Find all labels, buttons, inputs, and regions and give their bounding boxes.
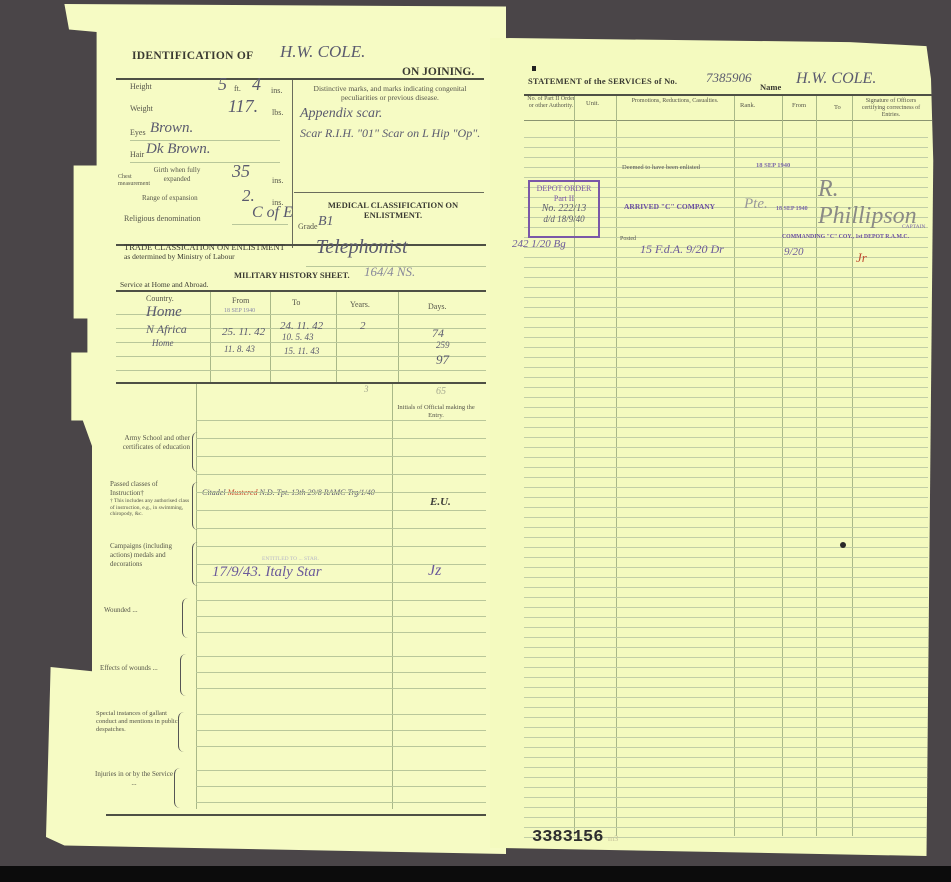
serial-number: 3383156 — [532, 828, 603, 847]
row1-country: Home — [146, 304, 182, 321]
brace-icon — [174, 768, 181, 808]
ruled-line — [196, 656, 486, 657]
military-history-ref: 164/4 NS. — [364, 264, 415, 280]
col-header-from: From — [232, 296, 249, 305]
col-header-country: Country. — [146, 294, 174, 303]
chest-label: Chest measurement — [118, 174, 132, 188]
hair-value: Dk Brown. — [146, 141, 210, 158]
ruled-line — [196, 510, 486, 511]
trade-value: Telephonist — [316, 236, 408, 259]
row1-days: 74 — [432, 326, 444, 341]
row2-to: 10. 5. 43 — [282, 332, 314, 342]
ruled-line — [196, 714, 486, 715]
ruled-line — [196, 420, 486, 421]
trade-label-line2: as determined by Ministry of Labour — [124, 252, 235, 261]
ruled-line — [196, 632, 486, 633]
row2-days: 259 — [436, 340, 450, 350]
ruled-line — [196, 546, 486, 547]
range-label: Range of expansion — [142, 194, 198, 202]
divider — [292, 80, 293, 248]
identification-title-prefix: IDENTIFICATION OF — [132, 50, 254, 62]
row3-to: 15. 11. 43 — [284, 346, 319, 356]
section-effects-label: Effects of wounds ... — [100, 664, 158, 672]
ruled-line — [196, 616, 486, 617]
section-wounded-label: Wounded ... — [104, 606, 138, 614]
ruled-line — [196, 456, 486, 457]
initials-header: Initials of Official making the Entry. — [396, 404, 476, 420]
divider — [116, 290, 486, 292]
col-header-days: Days. — [428, 302, 446, 311]
total-days: 65 — [436, 386, 446, 397]
marks-label: Distinctive marks, and marks indicating … — [300, 84, 480, 102]
ruled-line — [196, 528, 486, 529]
col-header-from: From — [792, 102, 806, 109]
row2-signature: Jr — [856, 250, 867, 266]
ruled-line — [196, 746, 486, 747]
ruled-line — [196, 786, 486, 787]
section-campaigns-stamp: ENTITLED TO ... STAR. — [262, 556, 319, 562]
section-campaigns-entry: 17/9/43. Italy Star — [212, 564, 322, 581]
divider — [524, 120, 932, 121]
ruled-line — [196, 582, 486, 583]
brace-icon — [182, 598, 189, 638]
row1-to: 24. 11. 42 — [280, 320, 323, 332]
ink-blot — [840, 542, 846, 548]
statement-title-prefix: STATEMENT of the SERVICES of No. — [528, 76, 677, 86]
religion-value: C of E — [252, 204, 293, 222]
section-campaigns-label: Campaigns (including actions) medals and… — [110, 542, 190, 569]
girth-unit: ins. — [272, 176, 283, 185]
section-education-label: Army School and other certificates of ed… — [110, 434, 190, 452]
eyes-value: Brown. — [150, 120, 193, 137]
statement-number: 7385906 — [706, 70, 752, 86]
marks-line1: Appendix scar. — [300, 106, 382, 122]
bullet-mark — [532, 66, 536, 71]
eyes-label: Eyes — [130, 128, 146, 137]
ruled-line — [196, 770, 486, 771]
divider — [116, 78, 484, 80]
range-value: 2. — [242, 186, 255, 206]
section-classes-label: Passed classes of Instruction† — [110, 480, 190, 498]
ruled-line — [196, 730, 486, 731]
height-in-value: 4 — [252, 74, 261, 95]
row3-days: 97 — [436, 352, 449, 368]
row2-from: 9/20 — [784, 246, 804, 258]
row2-authority: 242 1/20 Bg — [512, 238, 566, 250]
col-header-to: To — [834, 104, 841, 111]
trade-label-line1: TRADE CLASSICATION ON ENLISTMENT — [124, 242, 285, 252]
divider — [524, 94, 932, 96]
section-classes-note: † This includes any authorised class of … — [110, 498, 192, 518]
identification-name: H.W. COLE. — [280, 42, 365, 62]
row1-years: 2 — [360, 320, 366, 332]
section-injuries-label: Injuries in or by the Service ... — [92, 770, 176, 788]
enlisted-text: Deemed to have been enlisted — [622, 164, 700, 171]
height-label: Height — [130, 82, 152, 91]
divider — [116, 356, 486, 357]
religion-label: Religious denomination — [124, 214, 201, 223]
commanding-stamp: COMMANDING "C" COY., 1st DEPOT R.A.M.C. — [782, 234, 909, 240]
ruled-line — [196, 600, 486, 601]
col-header-signature: Signature of Officers certifying correct… — [856, 98, 926, 119]
row2-country: N Africa — [146, 322, 187, 337]
stamp-number: No. 222/13 — [532, 204, 596, 214]
brace-icon — [192, 482, 199, 530]
brace-icon — [180, 654, 187, 696]
from-date: 18 SEP 1940 — [776, 206, 808, 212]
divider — [232, 224, 288, 225]
girth-value: 35 — [232, 161, 250, 182]
left-page: IDENTIFICATION OF H.W. COLE. ON JOINING.… — [46, 4, 506, 854]
enlisted-date: 18 SEP 1940 — [756, 162, 790, 169]
row1-from: 18 SEP 1940 — [224, 308, 255, 314]
hair-label: Hair — [130, 150, 144, 159]
ruled-line — [196, 564, 486, 565]
serial-suffix: m3 — [608, 834, 618, 843]
posted-value: 15 F.d.A. 9/20 Dr — [640, 242, 724, 257]
ruled-line — [196, 474, 486, 475]
statement-name-value: H.W. COLE. — [796, 70, 876, 88]
section-special-label: Special instances of gallant conduct and… — [96, 710, 180, 734]
brace-icon — [178, 712, 185, 752]
scanner-bottom-edge — [0, 866, 951, 882]
arrived-text: ARRIVED "C" COMPANY — [624, 202, 715, 211]
height-ft-unit: ft. — [234, 84, 241, 93]
col-header-to: To — [292, 298, 300, 307]
height-ft-value: 5 — [218, 74, 227, 95]
grade-label: Grade — [298, 222, 318, 231]
rank-value: Pte. — [744, 196, 768, 213]
military-history-title: MILITARY HISTORY SHEET. — [234, 270, 350, 280]
weight-value: 117. — [228, 96, 258, 117]
row2-from: 25. 11. 42 — [222, 326, 265, 338]
grade-value: B1 — [318, 214, 334, 230]
officer-signature: R. Phillipson — [818, 176, 940, 230]
col-header-authority: No. of Part II Order or other Authority. — [526, 96, 576, 110]
identification-title-suffix: ON JOINING. — [402, 66, 474, 78]
section-classes-initials: E.U. — [430, 496, 451, 508]
total-years: 3 — [364, 384, 369, 394]
divider — [106, 814, 486, 816]
stamp-date: d/d 18/9/40 — [532, 214, 596, 224]
weight-unit: lbs. — [272, 108, 283, 117]
col-header-promotions: Promotions, Reductions, Casualties. — [620, 98, 730, 105]
col-header-unit: Unit. — [586, 100, 599, 107]
row3-country: Home — [152, 338, 174, 348]
divider — [130, 162, 280, 163]
ruled-line — [196, 672, 486, 673]
ruled-line — [196, 492, 486, 493]
height-in-unit: ins. — [271, 86, 282, 95]
depot-order-stamp: DEPOT ORDER Part II No. 222/13 d/d 18/9/… — [528, 180, 600, 238]
signature-title: CAPTAIN — [902, 224, 925, 230]
right-page: STATEMENT of the SERVICES of No. 7385906… — [490, 38, 940, 856]
ruled-line — [196, 438, 486, 439]
posted-label: Posted — [620, 236, 636, 242]
ruled-line — [196, 802, 486, 803]
marks-line2: Scar R.I.H. "01" Scar on L Hip "Op". — [300, 126, 480, 141]
col-header-years: Years. — [350, 300, 370, 309]
weight-label: Weight — [130, 104, 153, 113]
divider — [294, 192, 484, 193]
row3-from: 11. 8. 43 — [224, 344, 255, 354]
stamp-line1: DEPOT ORDER — [532, 184, 596, 194]
statement-name-label: Name — [760, 82, 781, 92]
service-label: Service at Home and Abroad. — [120, 280, 209, 289]
divider — [116, 370, 486, 371]
girth-label: Girth when fully expanded — [142, 166, 212, 184]
divider — [116, 382, 486, 384]
ruled-line — [196, 688, 486, 689]
col-header-rank: Rank. — [740, 102, 755, 109]
